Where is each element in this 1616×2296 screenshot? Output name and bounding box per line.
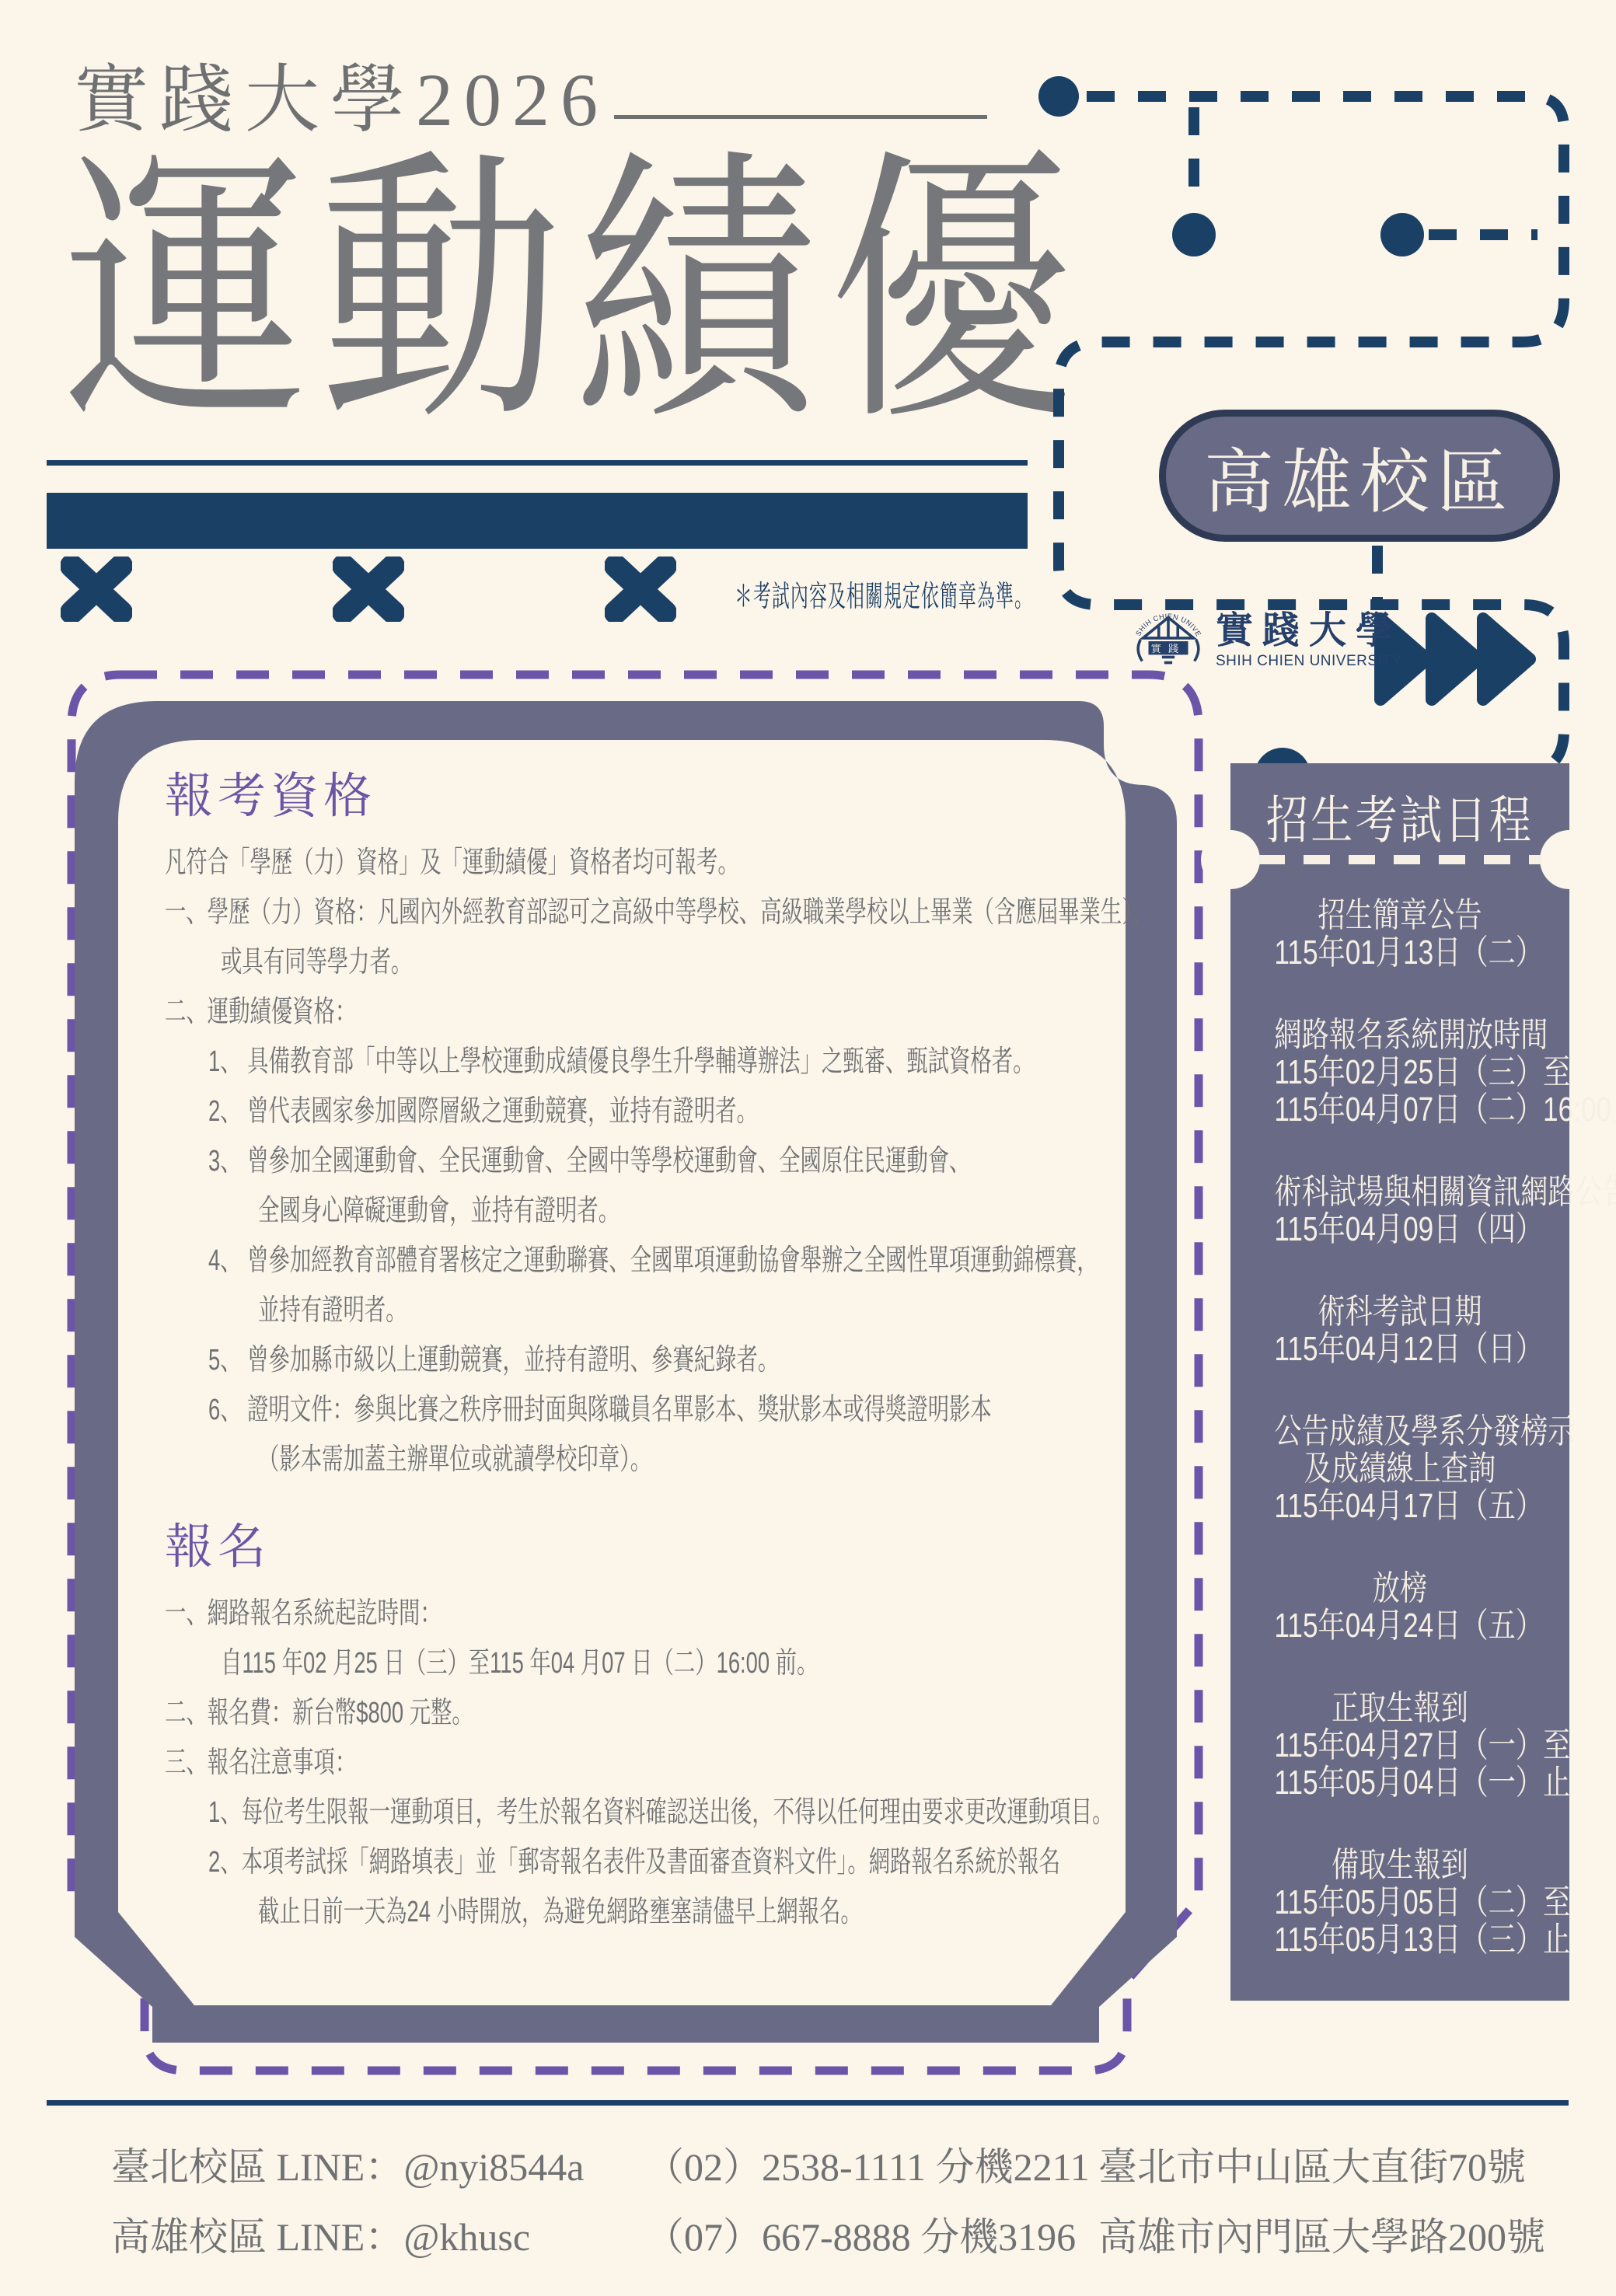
schedule-line: 術科試場與相關資訊網路公告 [1274,1174,1525,1211]
eligibility-line: 2、 曾代表國家參加國際層級之運動競賽，並持有證明者。 [208,1087,865,1136]
schedule-line: 正取生報到 [1274,1690,1525,1727]
schedule-line: 115年04月12日（日） [1274,1331,1525,1368]
poster-page: 實踐大學2026 運動績優 ＊考試內容及相關規定依簡章為準。 高雄校區 SHIH… [0,0,1616,2296]
eligibility-line: 凡符合「學歷（力）資格」及「運動績優」資格者均可報考。 [165,838,853,888]
registration-line: 二、報名費：新台幣$800 元整。 [165,1688,853,1738]
eligibility-line: 3、 曾參加全國運動會、全民運動會、全國中等學校運動會、全國原住民運動會、 [208,1136,865,1186]
schedule-line: 115年04月17日（五） [1274,1488,1525,1525]
registration-line: 三、報名注意事項： [165,1738,853,1788]
eligibility-line: 5、 曾參加縣市級以上運動競賽，並持有證明、參賽紀錄者。 [208,1335,865,1385]
schedule-line: 115年05月05日（二）至 [1274,1884,1525,1921]
eligibility-line: 二、運動績優資格： [165,987,853,1037]
ticket-dashed-separator [1258,855,1541,864]
university-crest-icon: SHIH CHIEN UNIVERSITY 實踐 [1129,600,1208,679]
schedule-list: 招生簡章公告 115年01月13日（二） 網路報名系統開放時間 115年02月2… [1243,897,1557,1959]
eligibility-line: 一、學歷（力）資格：凡國內外經教育部認可之高級中等學校、高級職業學校以上畢業（含… [165,888,853,937]
dot-icon [1038,76,1079,117]
registration-line: 2、本項考試採「網路填表」並「郵寄報名表件及書面審查資料文件」。網路報名系統於報… [208,1837,865,1887]
schedule-line: 115年01月13日（二） [1274,934,1525,972]
schedule-line: 公告成績及學系分發榜示 [1274,1413,1525,1450]
eligibility-line: 6、 證明文件：參與比賽之秩序冊封面與隊職員名單影本、獎狀影本或得獎證明影本 [208,1385,865,1435]
schedule-line: 115年04月27日（一）至 [1274,1727,1525,1764]
crest-seal-text: 實踐 [1151,642,1186,654]
eligibility-line: 1、 具備教育部「中等以上學校運動成績優良學生升學輔導辦法」之甄審、甄試資格者。 [208,1037,865,1087]
ticket-notch-left [1201,830,1260,889]
schedule-panel: 招生考試日程 招生簡章公告 115年01月13日（二） 網路報名系統開放時間 1… [1230,763,1569,2001]
schedule-line: 115年04月24日（五） [1274,1607,1525,1645]
schedule-item: 招生簡章公告 115年01月13日（二） [1243,897,1557,972]
dot-icon [1172,213,1216,256]
schedule-line: 放榜 [1274,1570,1525,1607]
registration-line: 1、每位考生限報一運動項目，考生於報名資料確認送出後，不得以任何理由要求更改運動… [208,1788,865,1837]
eligibility-line: 全國身心障礙運動會，並持有證明者。 [258,1186,879,1236]
schedule-item: 術科試場與相關資訊網路公告 115年04月09日（四） [1243,1174,1557,1248]
schedule-item: 放榜 115年04月24日（五） [1243,1570,1557,1645]
schedule-item: 正取生報到 115年04月27日（一）至 115年05月04日（一）止 [1243,1690,1557,1802]
ticket-notch-right [1540,830,1599,889]
eligibility-line: 4、 曾參加經教育部體育署核定之運動聯賽、全國單項運動協會舉辦之全國性單項運動錦… [208,1236,865,1286]
schedule-line: 網路報名系統開放時間 [1274,1017,1525,1054]
university-logo: SHIH CHIEN UNIVERSITY 實踐 實踐大學 SHIH CHIEN… [1129,600,1402,679]
triple-arrow-icon [1380,619,1530,700]
section-heading-registration: 報名 [165,1520,1121,1575]
schedule-line: 115年02月25日（三）至 [1274,1054,1525,1091]
schedule-line: 及成績線上查詢 [1274,1450,1525,1488]
schedule-line: 115年05月04日（一）止 [1274,1764,1525,1802]
schedule-item: 備取生報到 115年05月05日（二）至 115年05月13日（三）止 [1243,1847,1557,1959]
eligibility-line: 或具有同等學力者。 [221,937,869,987]
schedule-item: 公告成績及學系分發榜示 及成績線上查詢 115年04月17日（五） [1243,1413,1557,1525]
schedule-line: 招生簡章公告 [1274,897,1525,934]
registration-line: 截止日前一天為24 小時開放，為避免網路壅塞請儘早上網報名。 [258,1887,879,1937]
dot-icon [1380,213,1424,256]
logo-name-en: SHIH CHIEN UNIVERSITY [1216,653,1402,670]
schedule-item: 術科考試日期 115年04月12日（日） [1243,1293,1557,1368]
main-content: 報考資格 凡符合「學歷（力）資格」及「運動績優」資格者均可報考。 一、學歷（力）… [165,769,1121,1937]
logo-name-zh: 實踐大學 [1216,609,1402,652]
schedule-line: 備取生報到 [1274,1847,1525,1884]
registration-line: 自115 年02 月25 日（三）至115 年04 月07 日（二）16:00 … [221,1638,869,1688]
campus-badge: 高雄校區 [1159,410,1560,542]
schedule-title: 招生考試日程 [1261,779,1539,853]
schedule-line: 115年04月07日（二）16:00止 [1274,1091,1525,1129]
schedule-line: 術科考試日期 [1274,1293,1525,1331]
eligibility-line: （影本需加蓋主辦單位或就讀學校印章）。 [258,1435,879,1485]
schedule-line: 115年04月09日（四） [1274,1211,1525,1248]
registration-line: 一、網路報名系統起訖時間： [165,1589,853,1638]
section-heading-eligibility: 報考資格 [165,769,1121,824]
eligibility-line: 並持有證明者。 [258,1286,879,1335]
schedule-line: 115年05月13日（三）止 [1274,1921,1525,1959]
schedule-item: 網路報名系統開放時間 115年02月25日（三）至 115年04月07日（二）1… [1243,1017,1557,1129]
